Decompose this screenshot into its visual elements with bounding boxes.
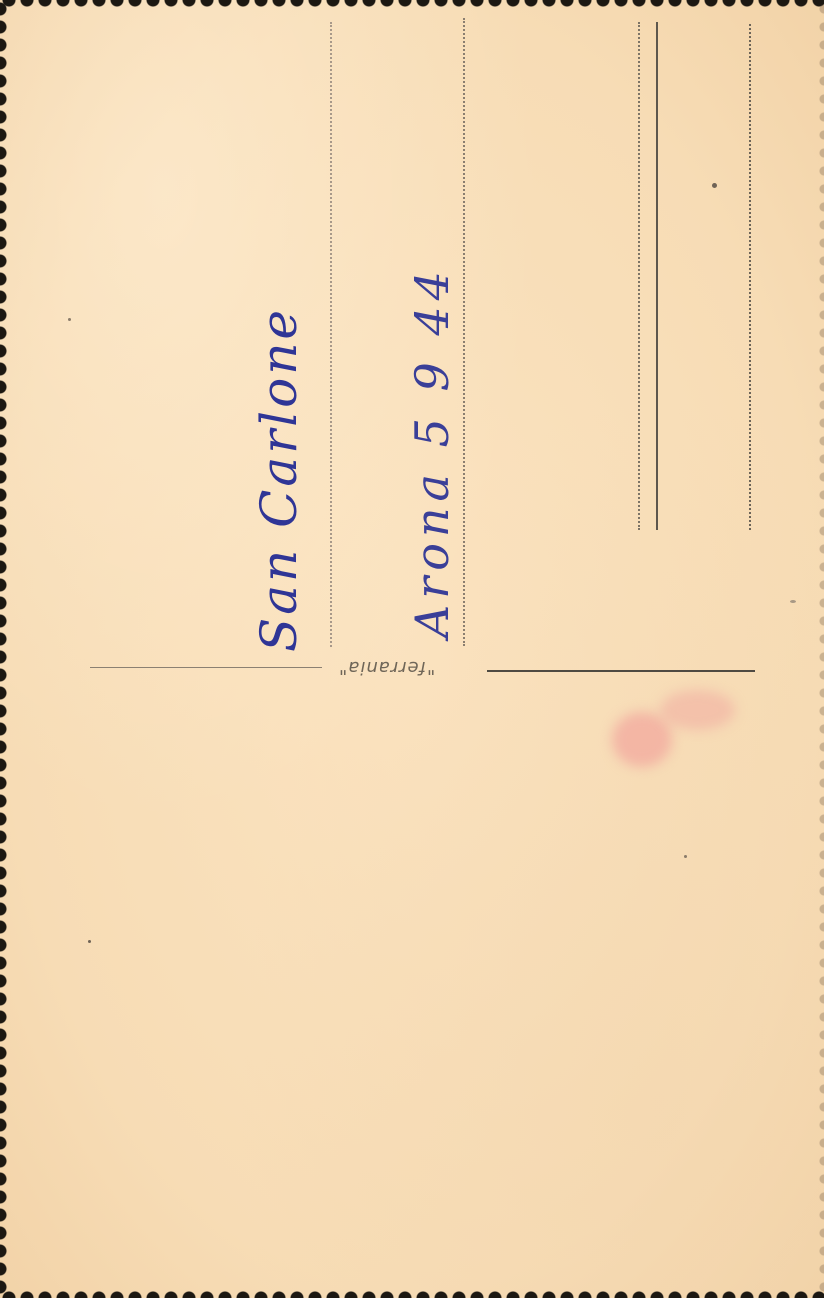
deckled-edge-right bbox=[816, 0, 824, 1298]
divider-line-right bbox=[487, 670, 755, 672]
paper-speck bbox=[684, 855, 687, 858]
postcard-back: "ferrania" San Carlone Arona 5 9 44 bbox=[0, 0, 824, 1298]
divider-line-left bbox=[90, 667, 322, 668]
deckled-edge-left bbox=[0, 0, 10, 1298]
deckled-edge-bottom bbox=[0, 1288, 824, 1298]
handwritten-line-1: San Carlone bbox=[250, 307, 308, 652]
paper-speck bbox=[88, 940, 91, 943]
ink-stain bbox=[612, 712, 672, 767]
handwritten-line-2: Arona 5 9 44 bbox=[405, 265, 459, 638]
address-dotted-line-1 bbox=[330, 22, 332, 647]
paper-speck bbox=[790, 600, 796, 603]
address-dotted-line-2 bbox=[463, 18, 465, 646]
ferrania-brand-mark: "ferrania" bbox=[338, 657, 435, 678]
paper-speck bbox=[712, 183, 717, 188]
paper-speck bbox=[68, 318, 71, 321]
stamp-box-solid-line bbox=[656, 22, 658, 530]
deckled-edge-top bbox=[0, 0, 824, 10]
stamp-box-dotted-right bbox=[749, 24, 751, 530]
stamp-box-dotted-left bbox=[638, 22, 640, 530]
ink-stain bbox=[660, 690, 735, 730]
